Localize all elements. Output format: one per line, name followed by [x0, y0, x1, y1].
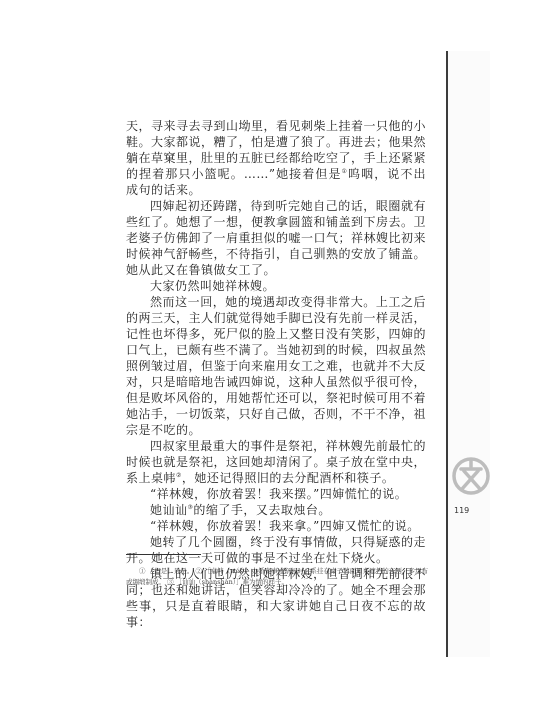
paragraph-3: 大家仍然叫她祥林嫂。: [126, 278, 426, 294]
paragraph-9: 她转了几个圆圈，终于没有事情做，只得疑惑的走开。她在这一天可做的事是不过坐在灶下…: [126, 534, 426, 566]
page-edge-rule: [446, 51, 448, 657]
page-margin-band: [447, 51, 490, 657]
page-number: 119: [454, 506, 469, 515]
paragraph-6: “祥林嫂，你放着罢！我来摆。”四婶慌忙的说。: [126, 486, 426, 502]
footnote-divider: [126, 554, 201, 555]
paragraph-1: 天，寻来寻去寻到山坳里，看见刺柴上挂着一只他的小鞋。大家都说，糟了，怕是遭了狼了…: [126, 118, 426, 198]
paragraph-8: “祥林嫂，你放着罢！我来拿。”四婶又慌忙的说。: [126, 518, 426, 534]
footnotes: ① ［但是］只是。 ② ［桌帏（wéi）］办婚丧事或祭祀时，系挂在桌子前面用来遮…: [126, 566, 428, 588]
paragraph-2: 四婶起初还踌躇，待到听完她自己的话，眼圈就有些红了。她想了一想，便教拿圆篮和铺盖…: [126, 198, 426, 278]
paragraph-7: 她讪讪③的缩了手，又去取烛台。: [126, 502, 426, 518]
paragraph-4: 然而这一回，她的境遇却改变得非常大。上工之后的两三天，主人们就觉得她手脚已没有先…: [126, 294, 426, 438]
wen-character-emblem-icon: [451, 456, 491, 496]
paragraph-5: 四叔家里最重大的事件是祭祀，祥林嫂先前最忙的时候也就是祭祀，这回她却清闲了。桌子…: [126, 438, 426, 486]
